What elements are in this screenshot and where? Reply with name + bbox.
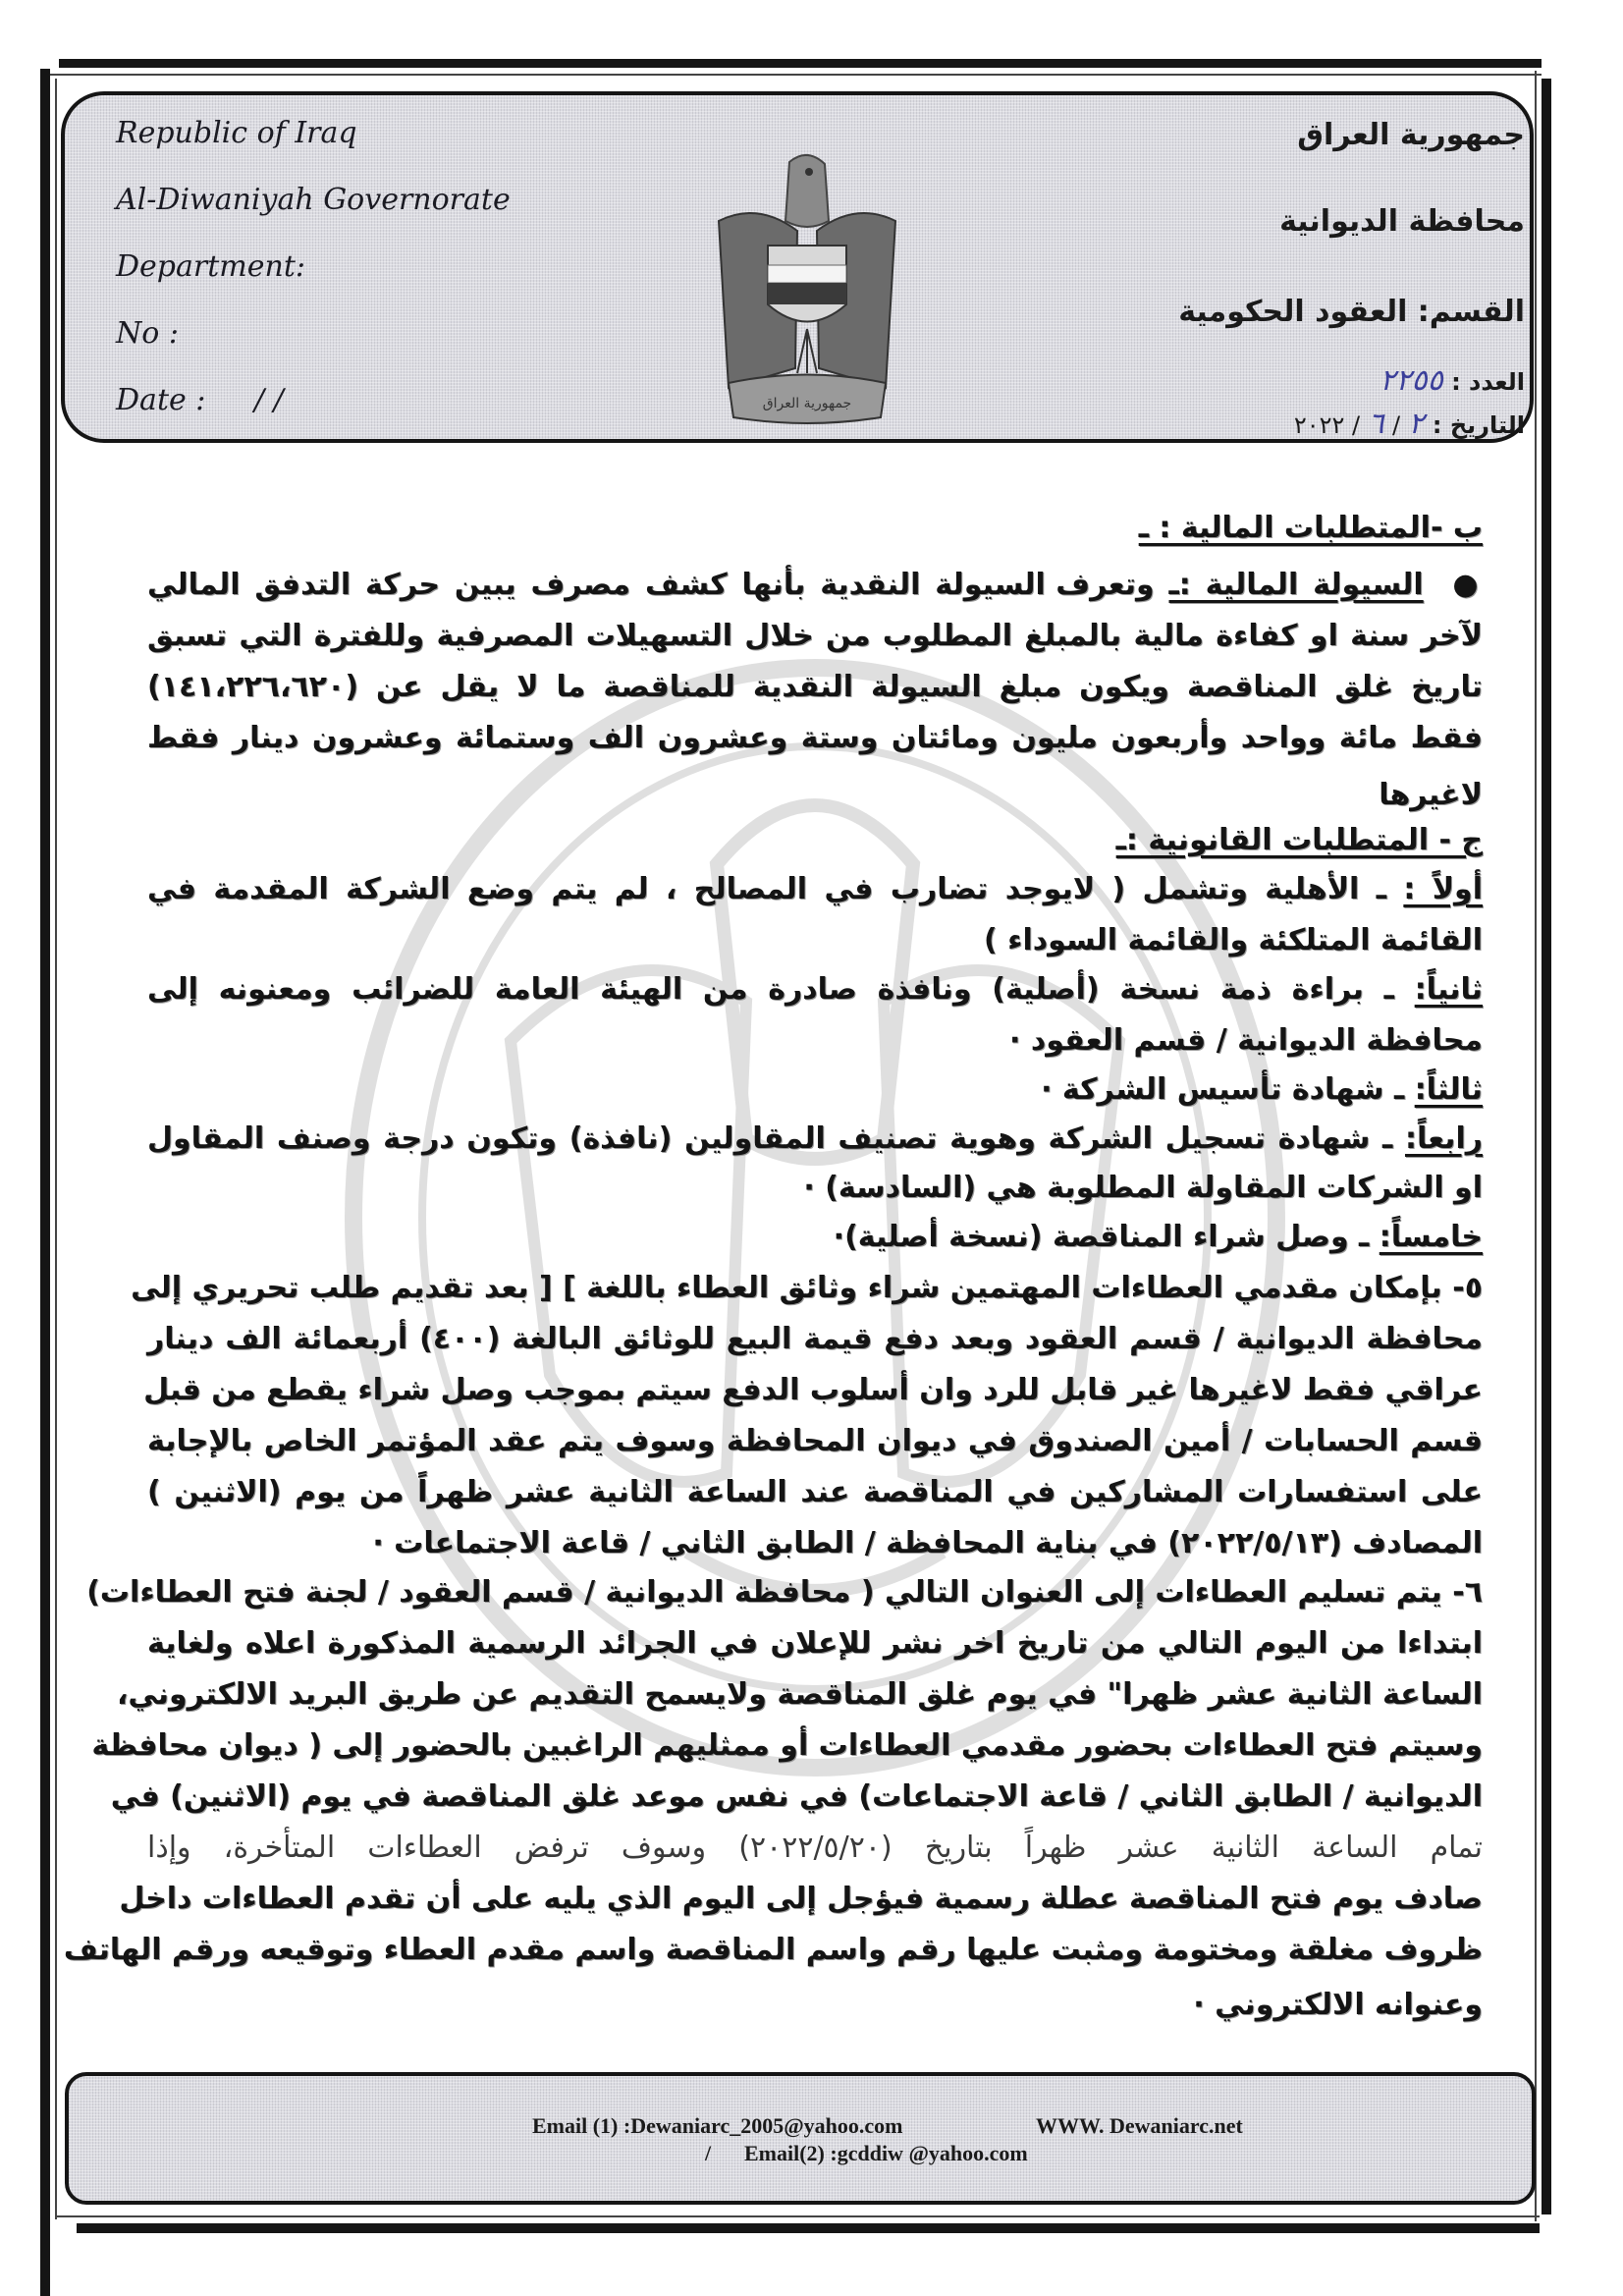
letterhead-date-label: Date : / / (116, 383, 284, 417)
svg-text:جمهورية العراق: جمهورية العراق (763, 396, 851, 411)
iraq-eagle-emblem-icon: جمهورية العراق (699, 142, 915, 427)
clause-5-line: قسم الحسابات / أمين الصندوق في ديوان الم… (147, 1424, 1483, 1458)
clause-6-line: الساعة الثانية عشر ظهرا" في يوم غلق المن… (147, 1677, 1483, 1712)
frame-border-left-inner (55, 79, 57, 2219)
legal-item-first: أولاً : ـ الأهلية وتشمل ( لايوجد تضارب ف… (147, 872, 1483, 906)
legal-item-first-cont: القائمة المتلكئة والقائمة السوداء ) (984, 923, 1483, 957)
footer-website[interactable]: WWW. Dewaniarc.net (1036, 2113, 1243, 2139)
date-day-handwritten: ٢ (1408, 407, 1424, 441)
section-b-line: لاغيرها (1379, 778, 1483, 812)
clause-6-line: ظروف مغلقة ومختومة ومثبت عليها رقم واسم … (147, 1933, 1483, 1967)
liquidity-text: وتعرف السيولة النقدية بأنها كشف مصرف يبي… (147, 568, 1155, 602)
letterhead-department-label: Department: (116, 249, 305, 284)
liquidity-label: السيولة المالية :ـ (1169, 568, 1424, 602)
clause-6-line: الديوانية / الطابق الثاني / قاعة الاجتما… (147, 1779, 1483, 1814)
number-label-ar: العدد : (1451, 368, 1525, 396)
frame-border-right-inner (1535, 71, 1537, 2221)
section-b-line: لآخر سنة او كفاءة مالية بالمبلغ المطلوب … (147, 619, 1483, 653)
legal-item-second-cont: محافظة الديوانية / قسم العقود · (1009, 1023, 1483, 1058)
clause-6-line: ٦- يتم تسليم العطاءات إلى العنوان التالي… (147, 1575, 1483, 1610)
footer-separator: / (705, 2141, 711, 2166)
legal-item-fifth: خامساً: ـ وصل شراء المناقصة (نسخة أصلية)… (834, 1220, 1483, 1254)
clause-5-line: محافظة الديوانية / قسم العقود وبعد دفع ق… (147, 1322, 1483, 1356)
date-label-ar: التاريخ : (1433, 411, 1525, 439)
letterhead-governorate-en: Al-Diwaniyah Governorate (116, 183, 511, 217)
letterhead-department-ar: القسم: العقود الحكومية (1178, 295, 1525, 329)
letterhead-governorate-ar: محافظة الديوانية (1279, 204, 1525, 239)
section-b-line: فقط مائة وواحد وأربعون مليون ومائتان وست… (147, 721, 1483, 755)
frame-border-left (40, 69, 50, 2296)
frame-border-top (59, 59, 1542, 68)
clause-5-line: المصادف (٢٠٢٢/٥/١٣) في بناية المحافظة / … (372, 1526, 1483, 1560)
clause-6-line: صادف يوم فتح المناقصة عطلة رسمية فيؤجل إ… (147, 1882, 1483, 1916)
footer-email-2[interactable]: Email(2) :gcddiw @yahoo.com (744, 2141, 1028, 2166)
frame-border-right (1542, 79, 1551, 2214)
clause-6-line: تمام الساعة الثانية عشر ظهراً بتاريخ (٢٠… (147, 1831, 1483, 1865)
clause-6-line: وعنوانه الالكتروني · (1193, 1988, 1483, 2022)
section-b-bullet: ● السيولة المالية :ـ وتعرف السيولة النقد… (147, 568, 1483, 602)
date-month-handwritten: ٦ (1368, 407, 1383, 441)
number-value-handwritten: ٢٢٥٥ (1380, 363, 1442, 398)
clause-5-line: عراقي فقط لاغيرها غير قابل للرد وان أسلو… (147, 1373, 1483, 1407)
letterhead-date-ar: التاريخ : ٢ / ٦ / ٢٠٢٢ (1294, 407, 1525, 441)
letterhead-number-label: No : (116, 316, 179, 351)
frame-border-top-inner (49, 74, 1542, 76)
date-label-text: Date : (116, 383, 205, 417)
date-year: / ٢٠٢٢ (1294, 411, 1360, 439)
frame-border-bottom (77, 2223, 1540, 2233)
clause-5-line: ٥- بإمكان مقدمي العطاءات المهتمين شراء و… (147, 1271, 1483, 1305)
clause-6-line: وسيتم فتح العطاءات بحضور مقدمي العطاءات … (147, 1728, 1483, 1763)
section-b-heading: ب -المتطلبات المالية : ـ (1139, 511, 1483, 545)
clause-5-line: على استفسارات المشاركين في المناقصة عند … (147, 1475, 1483, 1509)
date-separators: / / (254, 383, 284, 417)
footer-email-1[interactable]: Email (1) :Dewaniarc_2005@yahoo.com (532, 2113, 903, 2139)
legal-item-fourth-cont: او الشركات المقاولة المطلوبة هي (السادسة… (803, 1171, 1483, 1205)
legal-item-third: ثالثاً: ـ شهادة تأسيس الشركة · (1041, 1072, 1483, 1107)
bullet-dot-icon: ● (1424, 568, 1483, 602)
clause-6-line: ابتداءا من اليوم التالي من تاريخ اخر نشر… (147, 1626, 1483, 1661)
letterhead-number-ar: العدد : ٢٢٥٥ (1380, 363, 1525, 398)
letterhead-country-en: Republic of Iraq (116, 116, 357, 150)
frame-border-bottom-inner (57, 2215, 1540, 2217)
section-b-line: تاريخ غلق المناقصة ويكون مبلغ السيولة ال… (147, 670, 1483, 704)
letterhead-country-ar: جمهورية العراق (1297, 118, 1525, 152)
legal-item-fourth: رابعاً: ـ شهادة تسجيل الشركة وهوية تصنيف… (147, 1121, 1483, 1156)
section-c-heading: ج - المتطلبات القانونية :ـ (1116, 823, 1483, 857)
legal-item-second: ثانياً: ـ براءة ذمة نسخة (أصلية) ونافذة … (147, 972, 1483, 1007)
